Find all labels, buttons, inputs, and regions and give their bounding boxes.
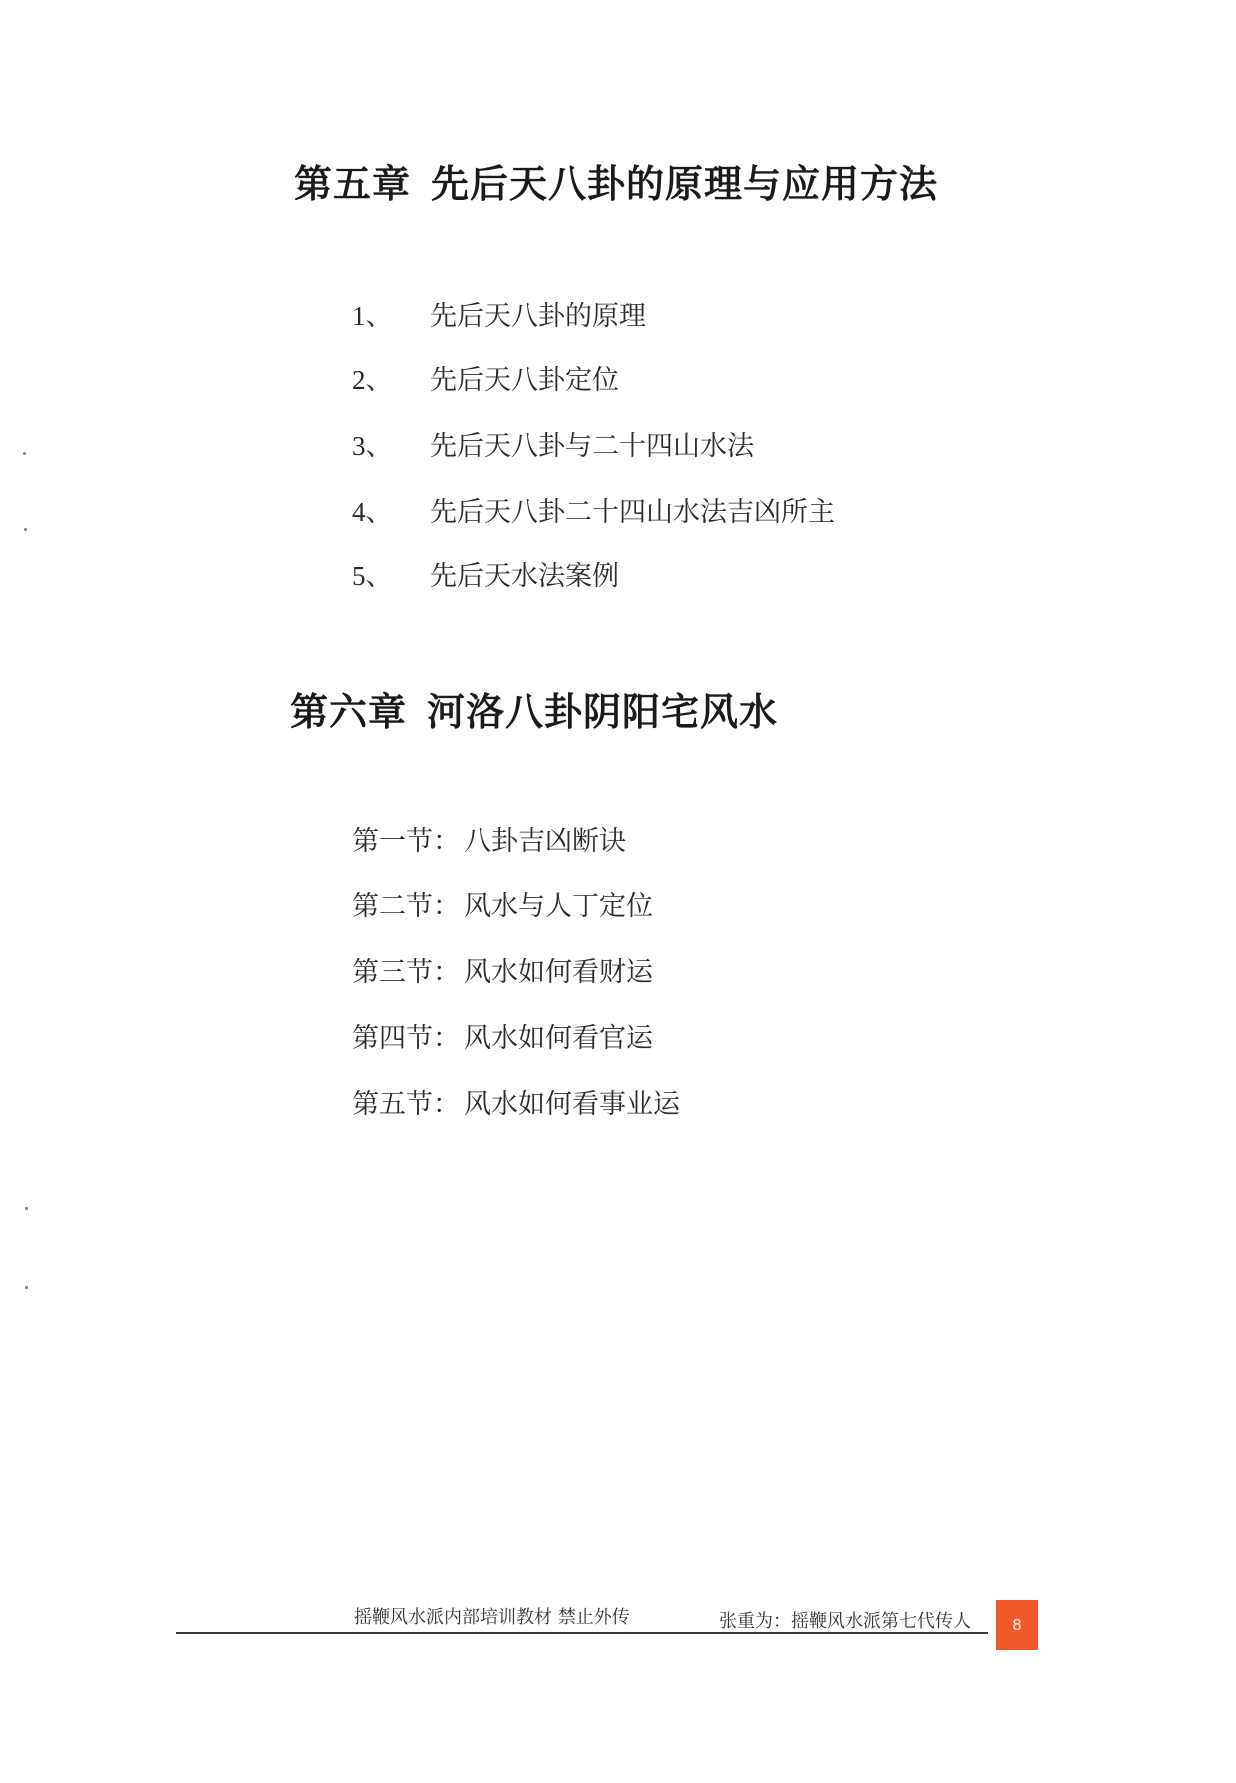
list-item: 5、先后天水法案例 <box>352 559 619 594</box>
item-index: 4、 <box>352 495 430 529</box>
section-text: 风水如何看官运 <box>464 1023 653 1054</box>
scan-speck <box>23 452 26 455</box>
section-text: 风水如何看事业运 <box>464 1089 680 1120</box>
item-index: 2、 <box>352 363 430 397</box>
chapter-title: 先后天八卦的原理与应用方法 <box>431 162 938 206</box>
page-number-badge: 8 <box>996 1600 1038 1650</box>
chapter-number: 第五章 <box>294 162 411 206</box>
list-item: 2、先后天八卦定位 <box>352 363 619 398</box>
list-item: 4、先后天八卦二十四山水法吉凶所主 <box>352 495 835 530</box>
section-label: 第五节： <box>352 1089 460 1120</box>
section-item: 第一节：八卦吉凶断诀 <box>352 825 626 859</box>
scan-speck <box>25 1207 28 1210</box>
scan-speck <box>24 528 27 531</box>
item-index: 5、 <box>352 559 430 593</box>
section-label: 第三节： <box>352 957 460 988</box>
section-text: 风水如何看财运 <box>464 957 653 988</box>
section-text: 风水与人丁定位 <box>464 891 653 922</box>
chapter-number: 第六章 <box>290 690 407 734</box>
footer-left-text: 摇鞭风水派内部培训教材 禁止外传 <box>354 1607 630 1629</box>
footer-right-text: 张重为：摇鞭风水派第七代传人 <box>719 1611 971 1633</box>
section-label: 第二节： <box>352 891 460 922</box>
item-text: 先后天八卦的原理 <box>430 301 646 332</box>
footer-divider <box>176 1632 988 1634</box>
section-label: 第四节： <box>352 1023 460 1054</box>
item-text: 先后天八卦二十四山水法吉凶所主 <box>430 497 835 528</box>
item-text: 先后天八卦定位 <box>430 365 619 396</box>
scan-speck <box>25 1286 28 1289</box>
list-item: 3、先后天八卦与二十四山水法 <box>352 429 754 464</box>
chapter-title: 河洛八卦阴阳宅风水 <box>427 690 778 734</box>
item-index: 3、 <box>352 429 430 463</box>
chapter-6-heading: 第六章河洛八卦阴阳宅风水 <box>290 690 778 734</box>
list-item: 1、先后天八卦的原理 <box>352 299 646 334</box>
item-index: 1、 <box>352 299 430 333</box>
item-text: 先后天八卦与二十四山水法 <box>430 431 754 462</box>
section-text: 八卦吉凶断诀 <box>464 826 626 857</box>
section-item: 第三节：风水如何看财运 <box>352 956 653 990</box>
item-text: 先后天水法案例 <box>430 561 619 592</box>
document-page: 第五章先后天八卦的原理与应用方法 1、先后天八卦的原理 2、先后天八卦定位 3、… <box>0 0 1236 1783</box>
section-item: 第二节：风水与人丁定位 <box>352 890 653 924</box>
section-label: 第一节： <box>352 826 460 857</box>
section-item: 第五节：风水如何看事业运 <box>352 1088 680 1122</box>
section-item: 第四节：风水如何看官运 <box>352 1022 653 1056</box>
chapter-5-heading: 第五章先后天八卦的原理与应用方法 <box>294 162 938 206</box>
